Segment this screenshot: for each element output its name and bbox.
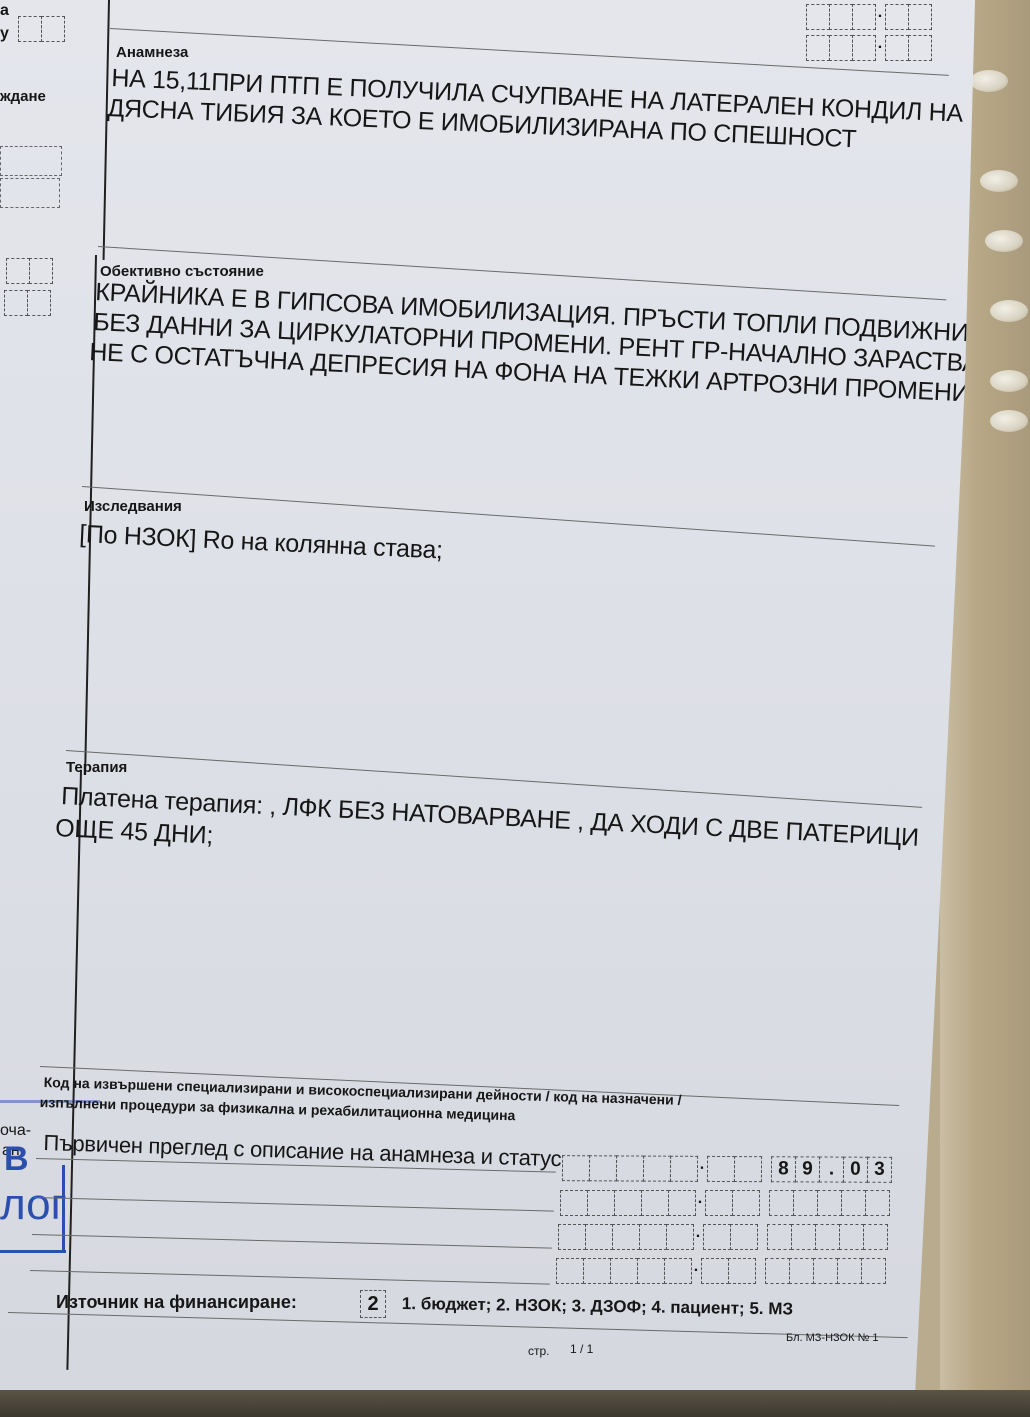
punch-hole xyxy=(985,230,1023,252)
procedure-description: Първичен преглед с описание на анамнеза … xyxy=(43,1128,562,1173)
financing-options: 1. бюджет; 2. НЗОК; 3. ДЗОФ; 4. пациент;… xyxy=(402,1294,794,1319)
investigations-label: Изследвания xyxy=(84,498,182,515)
desk-surface xyxy=(0,1390,1030,1417)
form-border xyxy=(66,770,82,1370)
financing-label: Източник на финансиране: xyxy=(56,1292,297,1313)
code-digit: 3 xyxy=(867,1157,892,1183)
code-digit: 0 xyxy=(843,1157,868,1183)
objective-status-label: Обективно състояние xyxy=(100,263,264,280)
procedure-code-row: . xyxy=(556,1258,885,1284)
procedure-row-line xyxy=(32,1234,552,1249)
margin-field-box xyxy=(0,146,62,176)
margin-code-cells xyxy=(18,16,64,42)
procedure-code-row: . xyxy=(560,1190,889,1216)
therapy-label: Терапия xyxy=(66,759,127,776)
margin-fragment: у xyxy=(0,25,9,43)
form-id: Бл. МЗ-НЗОК № 1 xyxy=(786,1332,879,1344)
investigations-line: [По НЗОК] Ro на колянна става; xyxy=(79,520,444,565)
margin-fragment: оча- xyxy=(0,1122,31,1140)
margin-field-box xyxy=(0,178,60,208)
page-label: стр. xyxy=(528,1344,550,1358)
code-digit: 9 xyxy=(795,1156,820,1182)
code-digit: 8 xyxy=(771,1156,796,1182)
stamp-line xyxy=(0,1250,66,1253)
anamnesis-label: Анамнеза xyxy=(116,44,188,61)
margin-code-cells xyxy=(6,258,52,284)
date-cells-row1: . xyxy=(806,4,931,30)
procedure-row-line xyxy=(30,1270,550,1285)
procedure-row-line xyxy=(34,1197,554,1212)
procedure-code-row: . 8 9 . 0 3 xyxy=(562,1155,891,1183)
date-cells-row2: . xyxy=(806,35,931,61)
stamp-line xyxy=(62,1165,65,1253)
form-border xyxy=(103,0,110,260)
financing-value: 2 xyxy=(360,1290,386,1318)
page-number: 1 / 1 xyxy=(570,1342,593,1356)
punch-hole xyxy=(980,170,1018,192)
margin-fragment: а xyxy=(0,2,9,20)
code-digit: . xyxy=(819,1156,844,1182)
medical-form-sheet: а у ждане оча- ан В лог . . Анамнеза НА … xyxy=(0,0,975,1395)
margin-fragment: ждане xyxy=(0,88,46,105)
margin-code-cells xyxy=(4,290,50,316)
punch-hole xyxy=(990,300,1028,322)
stamp-text: лог xyxy=(0,1180,67,1230)
stamp-letter: В xyxy=(4,1140,29,1179)
punch-hole xyxy=(990,410,1028,432)
punch-hole xyxy=(990,370,1028,392)
punch-hole xyxy=(970,70,1008,92)
procedure-code-row: . xyxy=(558,1224,887,1250)
